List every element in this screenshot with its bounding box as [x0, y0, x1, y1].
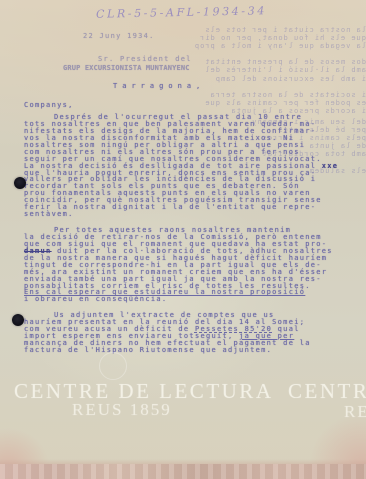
bleedthrough-text-top-right: la nostra ciutat i per tots elsque els h… — [188, 26, 366, 115]
recipient-city: T a r r a g o n a , — [113, 83, 201, 90]
watermark-emblem-circle — [99, 352, 127, 380]
hole-punch-top — [14, 177, 26, 189]
paragraph-1: Després de l'ocurregut el passat dia 10 … — [24, 114, 338, 218]
watermark-fragment-right: CENTRE L — [288, 379, 366, 404]
recipient-title: Sr. President del — [98, 56, 192, 63]
paragraph-3: Us adjuntem l'extracte de comptes que us… — [24, 312, 311, 354]
watermark-subtitle: REUS 1859 — [72, 400, 172, 420]
scanner-edge-strip — [0, 464, 366, 479]
letter-scan: { "archive_code": "CLR-5-5-AFL-1934-34",… — [0, 0, 366, 479]
scanned-letter-page: la nostra ciutat i per tots elsque els h… — [0, 0, 366, 479]
archive-code-handwritten: CLR-5-5-AFL-1934-34 — [96, 4, 267, 21]
watermark-fragment-right-sub: REL — [344, 402, 366, 422]
letter-line: factura de l'Hispano Riutomense que adju… — [24, 347, 311, 354]
recipient-organization: GRUP EXCURSIONISTA MUNTANYENC — [63, 65, 190, 72]
paragraph-2: Per totes aquestes raons nosaltres mante… — [24, 227, 333, 303]
letter-line: sentàvem. — [24, 211, 338, 218]
letter-date: 22 Juny 1934. — [83, 33, 155, 40]
letter-line: i obrareu en conseqüència. — [24, 296, 333, 303]
hole-punch-bottom — [12, 314, 24, 326]
salutation: Companys, — [24, 102, 74, 109]
